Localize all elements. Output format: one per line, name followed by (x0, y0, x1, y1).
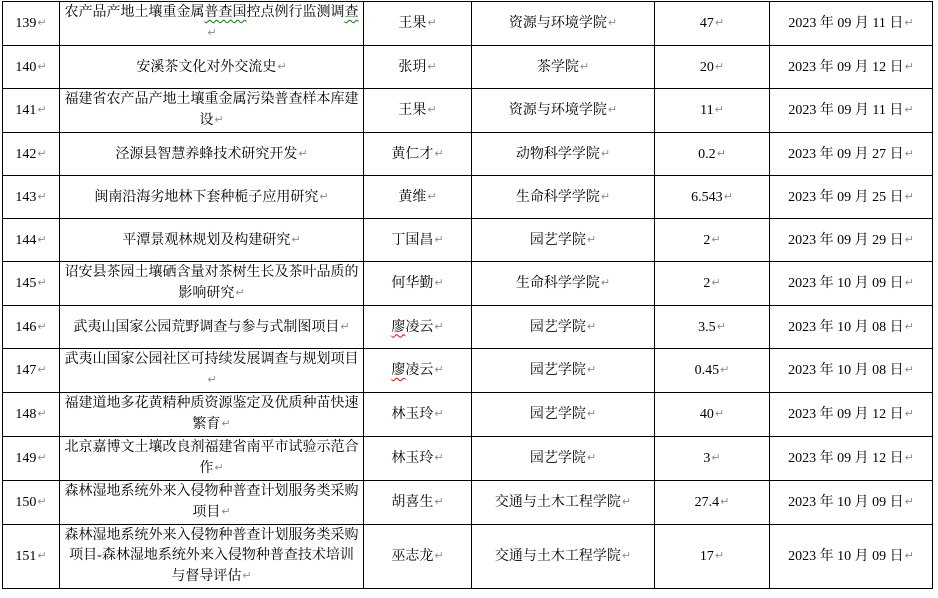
cell-college[interactable]: 园艺学院↵ (472, 349, 655, 393)
paragraph-mark-icon: ↵ (427, 60, 436, 73)
cell-project-title[interactable]: 农产品产地土壤重金属普查国控点例行监测调查↵ (60, 2, 364, 46)
projects-table-body: 139↵农产品产地土壤重金属普查国控点例行监测调查↵王果↵资源与环境学院↵47↵… (3, 2, 933, 589)
cell-leader-name[interactable]: 林玉玲↵ (364, 393, 472, 437)
cell-date[interactable]: 2023 年 09 月 25 日↵ (770, 176, 933, 219)
cell-leader-name[interactable]: 黄维↵ (364, 176, 472, 219)
cell-leader-name[interactable]: 王果↵ (364, 2, 472, 46)
paragraph-mark-icon: ↵ (434, 549, 443, 562)
cell-college[interactable]: 动物科学学院↵ (472, 133, 655, 176)
table-row: 146↵武夷山国家公园荒野调查与参与式制图项目↵廖凌云↵园艺学院↵3.5↵202… (3, 306, 933, 349)
paragraph-mark-icon: ↵ (905, 147, 914, 160)
paragraph-mark-icon: ↵ (319, 190, 328, 203)
cell-amount[interactable]: 20↵ (655, 46, 770, 89)
cell-college[interactable]: 园艺学院↵ (472, 306, 655, 349)
table-row: 149↵北京嘉博文土壤改良剂福建省南平市试验示范合作↵林玉玲↵园艺学院↵3↵20… (3, 437, 933, 481)
paragraph-mark-icon: ↵ (711, 451, 720, 464)
cell-amount[interactable]: 47↵ (655, 2, 770, 46)
paragraph-mark-icon: ↵ (291, 233, 300, 246)
projects-table: 139↵农产品产地土壤重金属普查国控点例行监测调查↵王果↵资源与环境学院↵47↵… (2, 1, 933, 589)
cell-leader-name[interactable]: 张玥↵ (364, 46, 472, 89)
cell-date[interactable]: 2023 年 09 月 27 日↵ (770, 133, 933, 176)
cell-college[interactable]: 园艺学院↵ (472, 393, 655, 437)
table-row: 150↵森林湿地系统外来入侵物种普查计划服务类采购项目↵胡喜生↵交通与土木工程学… (3, 481, 933, 525)
paragraph-mark-icon: ↵ (37, 363, 46, 376)
paragraph-mark-icon: ↵ (37, 276, 46, 289)
paragraph-mark-icon: ↵ (434, 320, 443, 333)
paragraph-mark-icon: ↵ (601, 147, 610, 160)
paragraph-mark-icon: ↵ (427, 16, 436, 29)
cell-college[interactable]: 资源与环境学院↵ (472, 2, 655, 46)
paragraph-mark-icon: ↵ (298, 147, 307, 160)
table-row: 145↵诏安县茶园土壤硒含量对茶树生长及茶叶品质的影响研究↵何华勤↵生命科学学院… (3, 262, 933, 306)
paragraph-mark-icon: ↵ (37, 233, 46, 246)
paragraph-mark-icon: ↵ (427, 103, 436, 116)
cell-row-number[interactable]: 142↵ (3, 133, 60, 176)
table-row: 151↵森林湿地系统外来入侵物种普查计划服务类采购项目-森林湿地系统外来入侵物种… (3, 525, 933, 589)
cell-row-number[interactable]: 139↵ (3, 2, 60, 46)
paragraph-mark-icon: ↵ (434, 147, 443, 160)
cell-leader-name[interactable]: 胡喜生↵ (364, 481, 472, 525)
paragraph-mark-icon: ↵ (235, 286, 244, 299)
cell-college[interactable]: 园艺学院↵ (472, 437, 655, 481)
table-row: 143↵闽南沿海劣地林下套种栀子应用研究↵黄维↵生命科学学院↵6.543↵202… (3, 176, 933, 219)
paragraph-mark-icon: ↵ (587, 451, 596, 464)
paragraph-mark-icon: ↵ (434, 363, 443, 376)
paragraph-mark-icon: ↵ (608, 103, 617, 116)
spellcheck-squiggle: 廖 (391, 320, 405, 335)
paragraph-mark-icon: ↵ (905, 549, 914, 562)
cell-amount[interactable]: 11↵ (655, 89, 770, 133)
cell-row-number[interactable]: 147↵ (3, 349, 60, 393)
paragraph-mark-icon: ↵ (711, 233, 720, 246)
paragraph-mark-icon: ↵ (622, 495, 631, 508)
cell-amount[interactable]: 17↵ (655, 525, 770, 589)
cell-amount[interactable]: 40↵ (655, 393, 770, 437)
cell-leader-name[interactable]: 丁国昌↵ (364, 219, 472, 262)
paragraph-mark-icon: ↵ (905, 320, 914, 333)
cell-project-title[interactable]: 森林湿地系统外来入侵物种普查计划服务类采购项目-森林湿地系统外来入侵物种普查技术… (60, 525, 364, 589)
cell-project-title[interactable]: 武夷山国家公园社区可持续发展调查与规划项目↵ (60, 349, 364, 393)
paragraph-mark-icon: ↵ (214, 113, 223, 126)
paragraph-mark-icon: ↵ (608, 16, 617, 29)
cell-amount[interactable]: 3↵ (655, 437, 770, 481)
cell-college[interactable]: 生命科学学院↵ (472, 176, 655, 219)
cell-date[interactable]: 2023 年 10 月 09 日↵ (770, 262, 933, 306)
document-page: 139↵农产品产地土壤重金属普查国控点例行监测调查↵王果↵资源与环境学院↵47↵… (0, 0, 938, 598)
paragraph-mark-icon: ↵ (601, 190, 610, 203)
cell-amount[interactable]: 6.543↵ (655, 176, 770, 219)
cell-row-number[interactable]: 143↵ (3, 176, 60, 219)
cell-date[interactable]: 2023 年 09 月 12 日↵ (770, 46, 933, 89)
paragraph-mark-icon: ↵ (905, 276, 914, 289)
paragraph-mark-icon: ↵ (37, 16, 46, 29)
paragraph-mark-icon: ↵ (37, 549, 46, 562)
paragraph-mark-icon: ↵ (587, 320, 596, 333)
paragraph-mark-icon: ↵ (580, 60, 589, 73)
paragraph-mark-icon: ↵ (37, 407, 46, 420)
cell-leader-name[interactable]: 何华勤↵ (364, 262, 472, 306)
cell-project-title[interactable]: 泾源县智慧养蜂技术研究开发↵ (60, 133, 364, 176)
cell-row-number[interactable]: 140↵ (3, 46, 60, 89)
paragraph-mark-icon: ↵ (427, 190, 436, 203)
paragraph-mark-icon: ↵ (221, 417, 230, 430)
cell-college[interactable]: 交通与土木工程学院↵ (472, 525, 655, 589)
cell-date[interactable]: 2023 年 10 月 09 日↵ (770, 525, 933, 589)
cell-project-title[interactable]: 平潭景观林规划及构建研究↵ (60, 219, 364, 262)
paragraph-mark-icon: ↵ (587, 363, 596, 376)
cell-date[interactable]: 2023 年 10 月 08 日↵ (770, 306, 933, 349)
cell-amount[interactable]: 3.5↵ (655, 306, 770, 349)
grammar-squiggle: 查 (345, 5, 359, 20)
cell-project-title[interactable]: 武夷山国家公园荒野调查与参与式制图项目↵ (60, 306, 364, 349)
cell-row-number[interactable]: 149↵ (3, 437, 60, 481)
cell-row-number[interactable]: 145↵ (3, 262, 60, 306)
cell-amount[interactable]: 2↵ (655, 219, 770, 262)
cell-project-title[interactable]: 闽南沿海劣地林下套种栀子应用研究↵ (60, 176, 364, 219)
paragraph-mark-icon: ↵ (37, 103, 46, 116)
cell-date[interactable]: 2023 年 10 月 08 日↵ (770, 349, 933, 393)
paragraph-mark-icon: ↵ (717, 147, 726, 160)
paragraph-mark-icon: ↵ (905, 60, 914, 73)
cell-project-title[interactable]: 北京嘉博文土壤改良剂福建省南平市试验示范合作↵ (60, 437, 364, 481)
paragraph-mark-icon: ↵ (242, 569, 251, 582)
paragraph-mark-icon: ↵ (905, 495, 914, 508)
paragraph-mark-icon: ↵ (715, 549, 724, 562)
paragraph-mark-icon: ↵ (277, 60, 286, 73)
paragraph-mark-icon: ↵ (720, 495, 729, 508)
cell-row-number[interactable]: 151↵ (3, 525, 60, 589)
paragraph-mark-icon: ↵ (904, 103, 913, 116)
paragraph-mark-icon: ↵ (37, 60, 46, 73)
paragraph-mark-icon: ↵ (711, 276, 720, 289)
table-row: 147↵武夷山国家公园社区可持续发展调查与规划项目↵廖凌云↵园艺学院↵0.45↵… (3, 349, 933, 393)
paragraph-mark-icon: ↵ (622, 549, 631, 562)
cell-amount[interactable]: 2↵ (655, 262, 770, 306)
cell-leader-name[interactable]: 林玉玲↵ (364, 437, 472, 481)
paragraph-mark-icon: ↵ (434, 276, 443, 289)
grammar-squiggle: 普查国 (205, 5, 247, 20)
cell-leader-name[interactable]: 廖凌云↵ (364, 306, 472, 349)
cell-date[interactable]: 2023 年 09 月 12 日↵ (770, 393, 933, 437)
cell-project-title[interactable]: 诏安县茶园土壤硒含量对茶树生长及茶叶品质的影响研究↵ (60, 262, 364, 306)
paragraph-mark-icon: ↵ (214, 461, 223, 474)
paragraph-mark-icon: ↵ (905, 190, 914, 203)
paragraph-mark-icon: ↵ (340, 320, 349, 333)
paragraph-mark-icon: ↵ (724, 190, 733, 203)
table-row: 142↵泾源县智慧养蜂技术研究开发↵黄仁才↵动物科学学院↵0.2↵2023 年 … (3, 133, 933, 176)
cell-row-number[interactable]: 150↵ (3, 481, 60, 525)
paragraph-mark-icon: ↵ (601, 276, 610, 289)
cell-college[interactable]: 园艺学院↵ (472, 219, 655, 262)
paragraph-mark-icon: ↵ (905, 407, 914, 420)
cell-date[interactable]: 2023 年 09 月 12 日↵ (770, 437, 933, 481)
paragraph-mark-icon: ↵ (434, 233, 443, 246)
cell-row-number[interactable]: 141↵ (3, 89, 60, 133)
paragraph-mark-icon: ↵ (905, 451, 914, 464)
paragraph-mark-icon: ↵ (37, 495, 46, 508)
paragraph-mark-icon: ↵ (904, 16, 913, 29)
cell-date[interactable]: 2023 年 10 月 09 日↵ (770, 481, 933, 525)
cell-project-title[interactable]: 福建省农产品产地土壤重金属污染普查样本库建设↵ (60, 89, 364, 133)
paragraph-mark-icon: ↵ (207, 373, 216, 386)
table-row: 139↵农产品产地土壤重金属普查国控点例行监测调查↵王果↵资源与环境学院↵47↵… (3, 2, 933, 46)
paragraph-mark-icon: ↵ (905, 233, 914, 246)
cell-leader-name[interactable]: 巫志龙↵ (364, 525, 472, 589)
paragraph-mark-icon: ↵ (715, 16, 724, 29)
table-row: 141↵福建省农产品产地土壤重金属污染普查样本库建设↵王果↵资源与环境学院↵11… (3, 89, 933, 133)
table-row: 140↵安溪茶文化对外交流史↵张玥↵茶学院↵20↵2023 年 09 月 12 … (3, 46, 933, 89)
paragraph-mark-icon: ↵ (715, 60, 724, 73)
paragraph-mark-icon: ↵ (434, 495, 443, 508)
paragraph-mark-icon: ↵ (37, 320, 46, 333)
cell-college[interactable]: 生命科学学院↵ (472, 262, 655, 306)
paragraph-mark-icon: ↵ (37, 190, 46, 203)
cell-project-title[interactable]: 安溪茶文化对外交流史↵ (60, 46, 364, 89)
cell-college[interactable]: 资源与环境学院↵ (472, 89, 655, 133)
paragraph-mark-icon: ↵ (717, 320, 726, 333)
cell-amount[interactable]: 0.2↵ (655, 133, 770, 176)
paragraph-mark-icon: ↵ (207, 26, 216, 39)
cell-row-number[interactable]: 144↵ (3, 219, 60, 262)
cell-date[interactable]: 2023 年 09 月 29 日↵ (770, 219, 933, 262)
paragraph-mark-icon: ↵ (715, 407, 724, 420)
paragraph-mark-icon: ↵ (434, 451, 443, 464)
cell-date[interactable]: 2023 年 09 月 11 日↵ (770, 2, 933, 46)
paragraph-mark-icon: ↵ (221, 505, 230, 518)
cell-row-number[interactable]: 146↵ (3, 306, 60, 349)
cell-leader-name[interactable]: 廖凌云↵ (364, 349, 472, 393)
cell-amount[interactable]: 0.45↵ (655, 349, 770, 393)
paragraph-mark-icon: ↵ (37, 451, 46, 464)
paragraph-mark-icon: ↵ (720, 363, 729, 376)
cell-project-title[interactable]: 森林湿地系统外来入侵物种普查计划服务类采购项目↵ (60, 481, 364, 525)
cell-leader-name[interactable]: 黄仁才↵ (364, 133, 472, 176)
cell-project-title[interactable]: 福建道地多花黄精种质资源鉴定及优质种苗快速繁育↵ (60, 393, 364, 437)
paragraph-mark-icon: ↵ (715, 103, 724, 116)
cell-row-number[interactable]: 148↵ (3, 393, 60, 437)
paragraph-mark-icon: ↵ (587, 407, 596, 420)
paragraph-mark-icon: ↵ (434, 407, 443, 420)
paragraph-mark-icon: ↵ (37, 147, 46, 160)
cell-leader-name[interactable]: 王果↵ (364, 89, 472, 133)
spellcheck-squiggle: 廖 (391, 363, 405, 378)
cell-date[interactable]: 2023 年 09 月 11 日↵ (770, 89, 933, 133)
cell-amount[interactable]: 27.4↵ (655, 481, 770, 525)
paragraph-mark-icon: ↵ (587, 233, 596, 246)
table-row: 144↵平潭景观林规划及构建研究↵丁国昌↵园艺学院↵2↵2023 年 09 月 … (3, 219, 933, 262)
paragraph-mark-icon: ↵ (905, 363, 914, 376)
cell-college[interactable]: 茶学院↵ (472, 46, 655, 89)
table-row: 148↵福建道地多花黄精种质资源鉴定及优质种苗快速繁育↵林玉玲↵园艺学院↵40↵… (3, 393, 933, 437)
cell-college[interactable]: 交通与土木工程学院↵ (472, 481, 655, 525)
